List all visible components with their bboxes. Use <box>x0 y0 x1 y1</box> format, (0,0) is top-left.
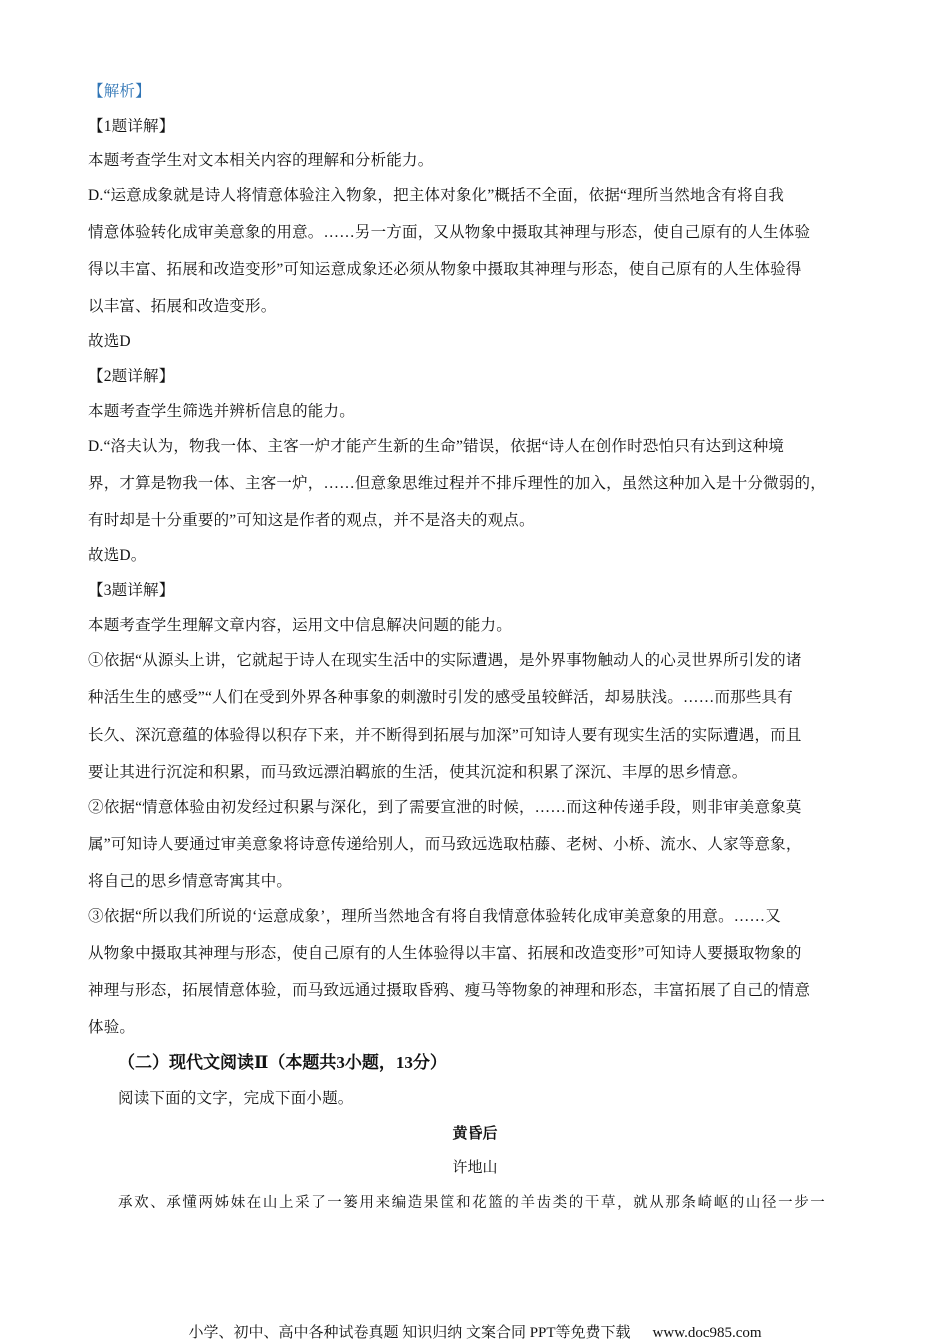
q3-intro: 本题考查学生理解文章内容，运用文中信息解决问题的能力。 <box>88 616 512 636</box>
article-author: 许地山 <box>0 1158 950 1178</box>
analysis-label: 【解析】 <box>88 82 151 102</box>
q1-line-4: 以丰富、拓展和改造变形。 <box>88 297 276 317</box>
document-page: 【解析】 【1题详解】 本题考查学生对文本相关内容的理解和分析能力。 D.“运意… <box>0 0 950 1344</box>
q3-point1-line-1: ①依据“从源头上讲，它就起于诗人在现实生活中的实际遭遇，是外界事物触动人的心灵世… <box>88 651 802 671</box>
q2-line-2: 界，才算是物我一体、主客一炉，……但意象思维过程并不排斥理性的加入，虽然这种加入… <box>88 474 826 494</box>
reading-instruction: 阅读下面的文字，完成下面小题。 <box>118 1089 354 1109</box>
q3-point2-line-2: 属”可知诗人要通过审美意象将诗意传递给别人，而马致远选取枯藤、老树、小桥、流水、… <box>88 835 802 855</box>
q3-point2-line-1: ②依据“情意体验由初发经过积累与深化，到了需要宣泄的时候，……而这种传递手段，则… <box>88 798 802 818</box>
q3-point1-line-4: 要让其进行沉淀和积累，而马致远漂泊羁旅的生活，使其沉淀和积累了深沉、丰厚的思乡情… <box>88 763 747 783</box>
q3-point2-line-3: 将自己的思乡情意寄寓其中。 <box>88 872 292 892</box>
q2-line-1: D.“洛夫认为，物我一体、主客一炉才能产生新的生命”错误，依据“诗人在创作时恐怕… <box>88 437 784 457</box>
q1-line-2: 情意体验转化成审美意象的用意。……另一方面，又从物象中摄取其神理与形态，使自己原… <box>88 223 810 243</box>
q2-heading: 【2题详解】 <box>88 367 174 387</box>
article-title: 黄昏后 <box>0 1124 950 1144</box>
q2-answer: 故选D。 <box>88 546 147 566</box>
q3-point3-line-4: 体验。 <box>88 1018 135 1038</box>
q1-line-3: 得以丰富、拓展和改造变形”可知运意成象还必须从物象中摄取其神理与形态，使自己原有… <box>88 260 802 280</box>
q3-point1-line-3: 长久、深沉意蕴的体验得以积存下来，并不断得到拓展与加深”可知诗人要有现实生活的实… <box>88 726 802 746</box>
q1-answer: 故选D <box>88 332 131 352</box>
q1-intro: 本题考查学生对文本相关内容的理解和分析能力。 <box>88 151 433 171</box>
q3-point3-line-1: ③依据“所以我们所说的‘运意成象’，理所当然地含有将自我情意体验转化成审美意象的… <box>88 907 781 927</box>
q1-heading: 【1题详解】 <box>88 117 174 137</box>
section-heading: （二）现代文阅读Ⅱ（本题共3小题，13分） <box>118 1052 447 1074</box>
q3-heading: 【3题详解】 <box>88 581 174 601</box>
q3-point1-line-2: 种活生生的感受”“人们在受到外界各种事象的刺激时引发的感受虽较鲜活，却易肤浅。…… <box>88 688 793 708</box>
article-first-line: 承欢、承懂两姊妹在山上采了一篓用来编造果筐和花篮的羊齿类的干草，就从那条崎岖的山… <box>118 1193 826 1213</box>
footer-url[interactable]: www.doc985.com <box>653 1325 762 1341</box>
page-footer: 小学、初中、高中各种试卷真题 知识归纳 文案合同 PPT等免费下载www.doc… <box>0 1324 950 1342</box>
q3-point3-line-3: 神理与形态，拓展情意体验，而马致远通过摄取昏鸦、瘦马等物象的神理和形态，丰富拓展… <box>88 981 810 1001</box>
q1-line-1: D.“运意成象就是诗人将情意体验注入物象，把主体对象化”概括不全面，依据“理所当… <box>88 186 784 206</box>
footer-text: 小学、初中、高中各种试卷真题 知识归纳 文案合同 PPT等免费下载 <box>188 1325 630 1341</box>
q2-intro: 本题考查学生筛选并辨析信息的能力。 <box>88 402 355 422</box>
q3-point3-line-2: 从物象中摄取其神理与形态，使自己原有的人生体验得以丰富、拓展和改造变形”可知诗人… <box>88 944 802 964</box>
q2-line-3: 有时却是十分重要的”可知这是作者的观点，并不是洛夫的观点。 <box>88 511 535 531</box>
